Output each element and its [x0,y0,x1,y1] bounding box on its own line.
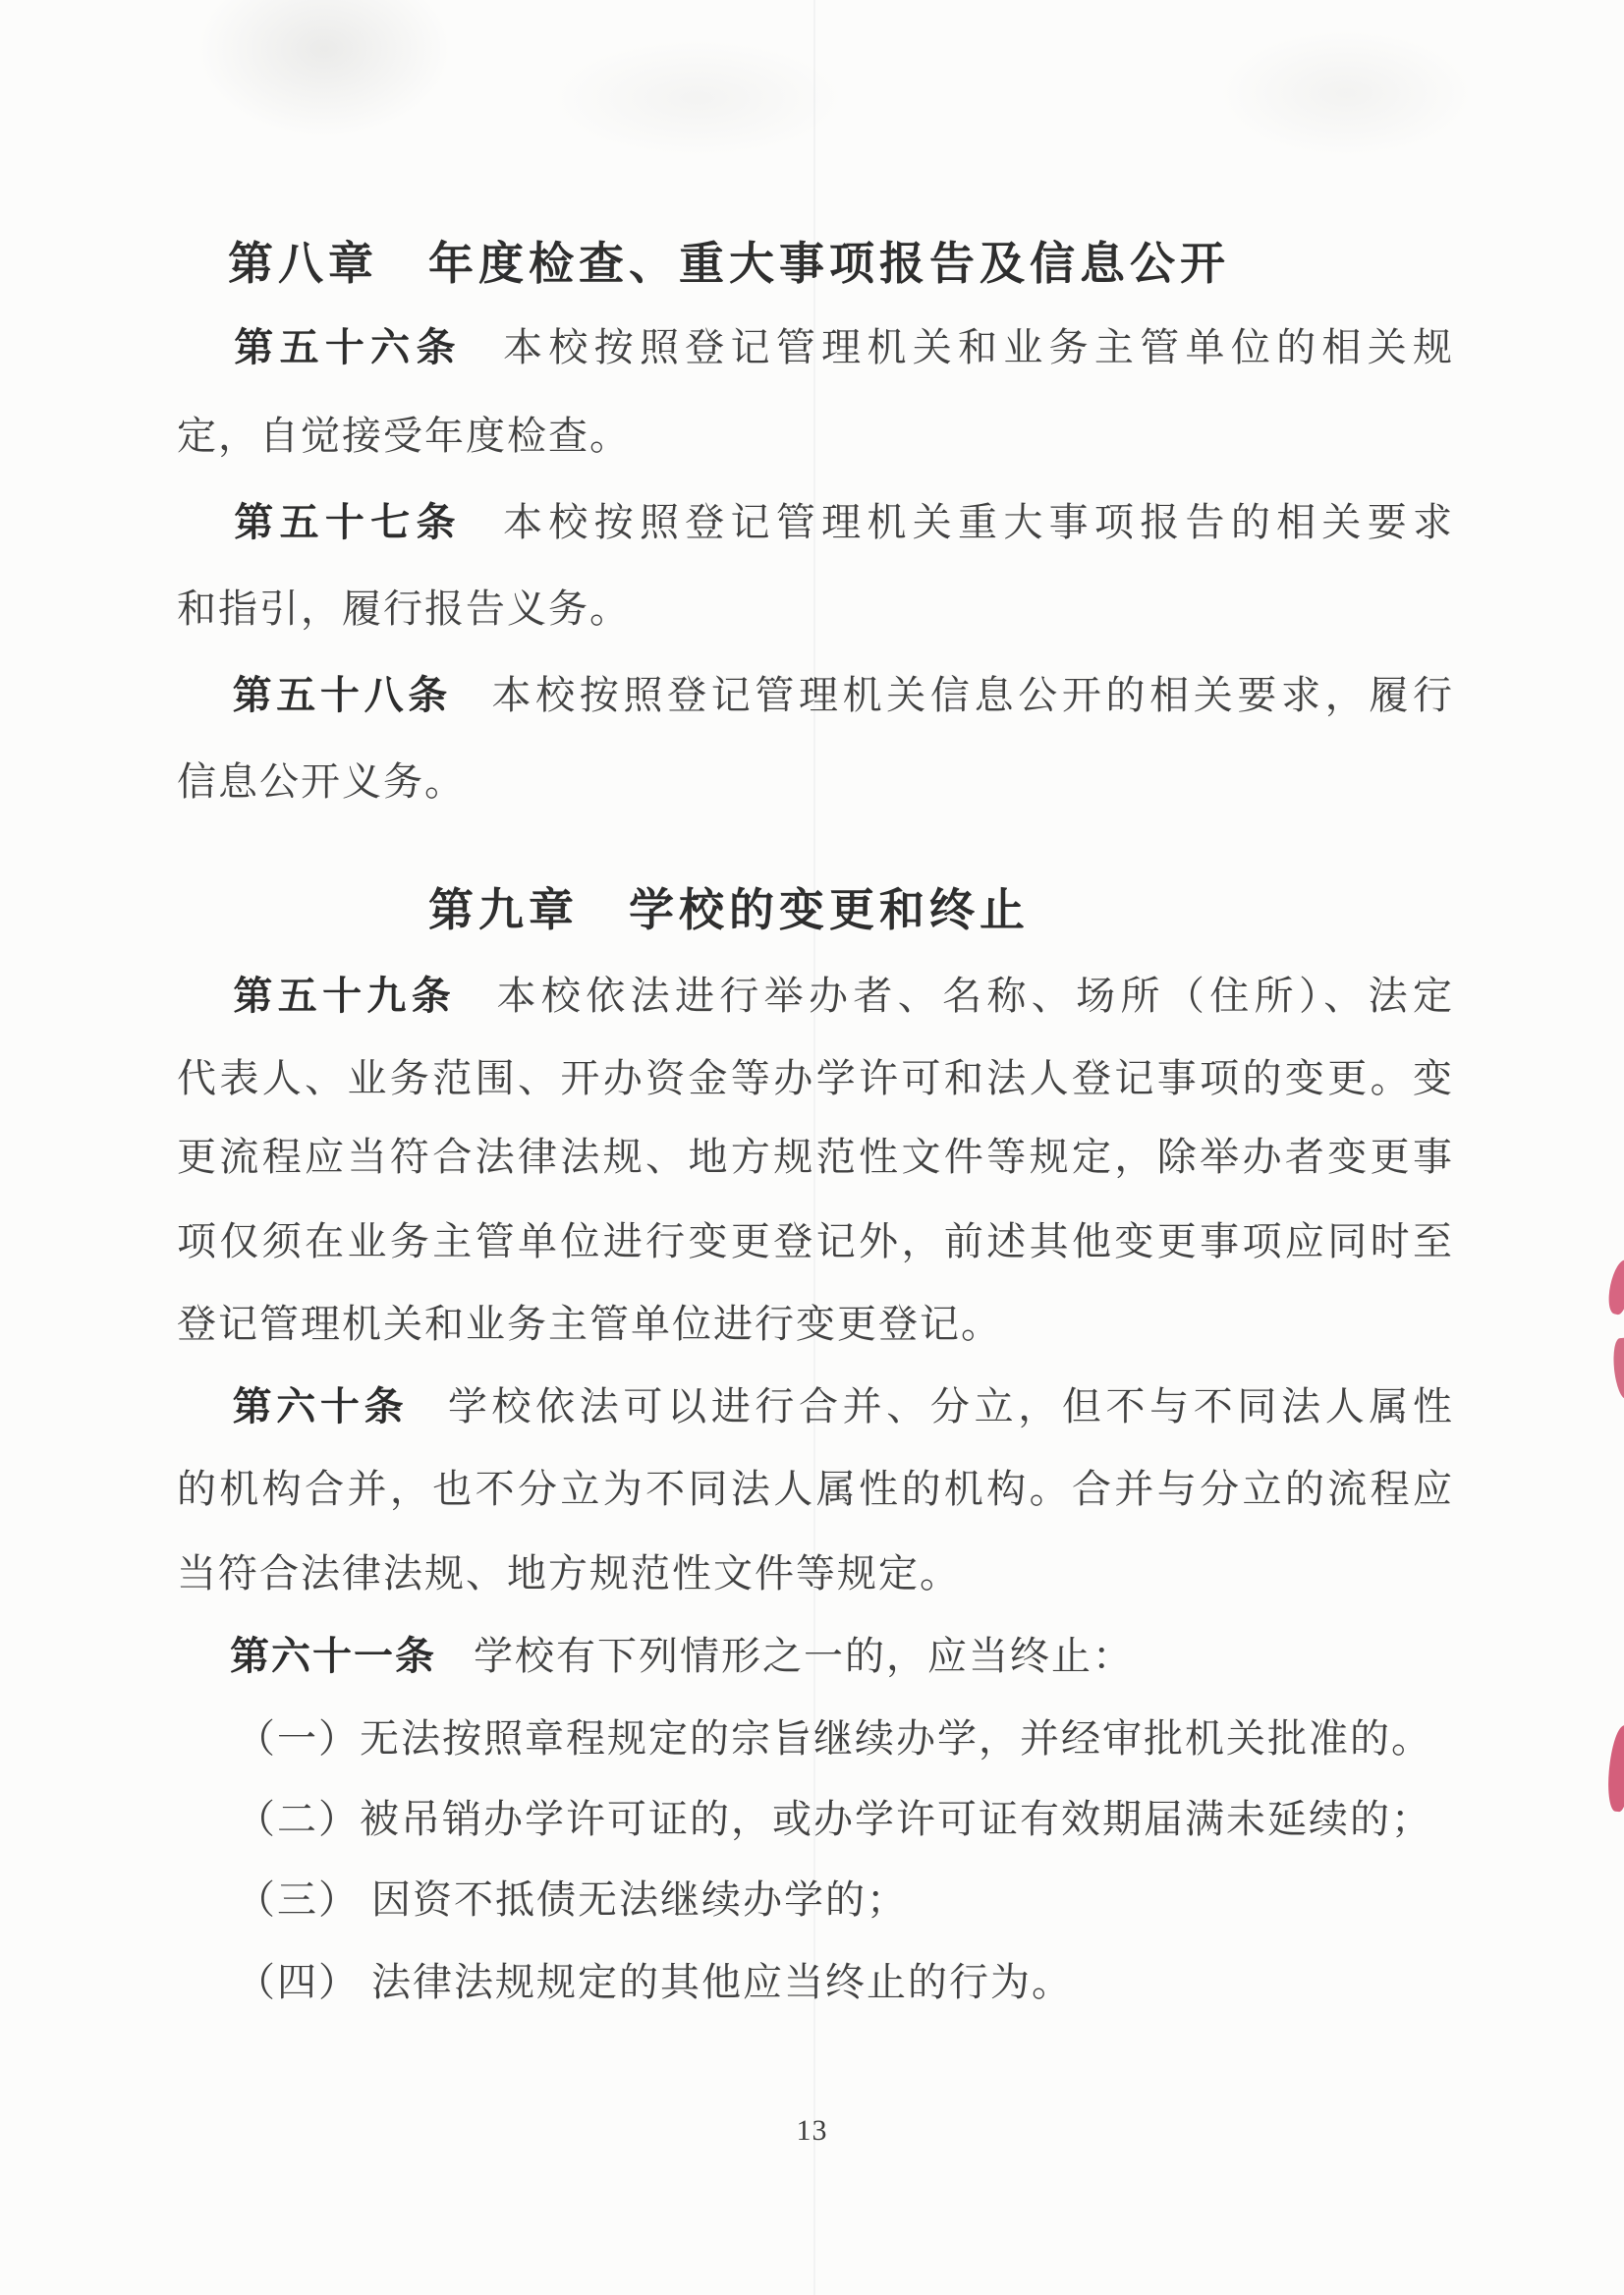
article-61-item-3: （三） 因资不抵债无法继续办学的； [177,1875,1454,1926]
scan-smudge [1218,29,1474,157]
article-61-item-2: （二）被吊销办学许可证的，或办学许可证有效期届满未延续的； [177,1794,1454,1845]
article-60-line-3: 当符合法律法规、地方规范性文件等规定。 [177,1548,1454,1599]
page-number: 13 [0,2114,1624,2148]
article-59-line-2: 代表人、业务范围、开办资金等办学许可和法人登记事项的变更。变 [177,1053,1454,1104]
article-61-line-1: 第六十一条学校有下列情形之一的，应当终止： [177,1631,1454,1682]
article-60-label: 第六十条 [230,1384,408,1428]
chapter-9-heading: 第九章 学校的变更和终止 [90,882,1368,939]
article-61-item-4: （四） 法律法规规定的其他应当终止的行为。 [177,1957,1454,2008]
article-59-label: 第五十九条 [230,974,456,1018]
article-59-line-5: 登记管理机关和业务主管单位进行变更登记。 [177,1299,1454,1350]
article-60-line-2: 的机构合并，也不分立为不同法人属性的机构。合并与分立的流程应 [177,1464,1454,1515]
article-57-text: 本校按照登记管理机关重大事项报告的相关要求 [499,500,1454,544]
article-56-line-2: 定，自觉接受年度检查。 [177,411,1454,462]
article-59-line-4: 项仅须在业务主管单位进行变更登记外，前述其他变更事项应同时至 [177,1216,1454,1267]
article-56-line-1: 第五十六条本校按照登记管理机关和业务主管单位的相关规 [177,322,1454,373]
article-56-label: 第五十六条 [230,325,462,369]
red-stamp-edge-mark [1604,1259,1624,1316]
article-56-text: 本校按照登记管理机关和业务主管单位的相关规 [499,325,1454,369]
article-59-text: 本校依法进行举办者、名称、场所（住所）、法定 [493,974,1454,1018]
article-61-item-1: （一）无法按照章程规定的宗旨继续办学，并经审批机关批准的。 [177,1713,1454,1764]
article-61-label: 第六十一条 [230,1634,436,1678]
chapter-8-heading: 第八章 年度检查、重大事项报告及信息公开 [90,236,1368,293]
article-59-line-1: 第五十九条本校依法进行举办者、名称、场所（住所）、法定 [177,971,1454,1022]
article-58-text: 本校按照登记管理机关信息公开的相关要求，履行 [489,673,1454,717]
article-58-line-1: 第五十八条本校按照登记管理机关信息公开的相关要求，履行 [177,670,1454,721]
red-stamp-edge-mark [1611,1337,1624,1400]
article-58-line-2: 信息公开义务。 [177,756,1454,808]
article-57-line-1: 第五十七条本校按照登记管理机关重大事项报告的相关要求 [177,497,1454,548]
article-57-label: 第五十七条 [230,500,462,544]
scan-smudge [196,0,452,138]
red-stamp-edge-mark [1605,1724,1624,1813]
article-60-text: 学校依法可以进行合并、分立，但不与不同法人属性 [445,1384,1454,1428]
article-59-line-3: 更流程应当符合法律法规、地方规范性文件等规定，除举办者变更事 [177,1132,1454,1183]
scan-smudge [550,39,845,157]
article-57-line-2: 和指引，履行报告义务。 [177,584,1454,635]
article-61-text: 学校有下列情形之一的，应当终止： [474,1634,1134,1678]
article-58-label: 第五十八条 [230,673,452,717]
article-60-line-1: 第六十条学校依法可以进行合并、分立，但不与不同法人属性 [177,1381,1454,1432]
document-page: 第八章 年度检查、重大事项报告及信息公开 第五十六条本校按照登记管理机关和业务主… [0,0,1624,2295]
